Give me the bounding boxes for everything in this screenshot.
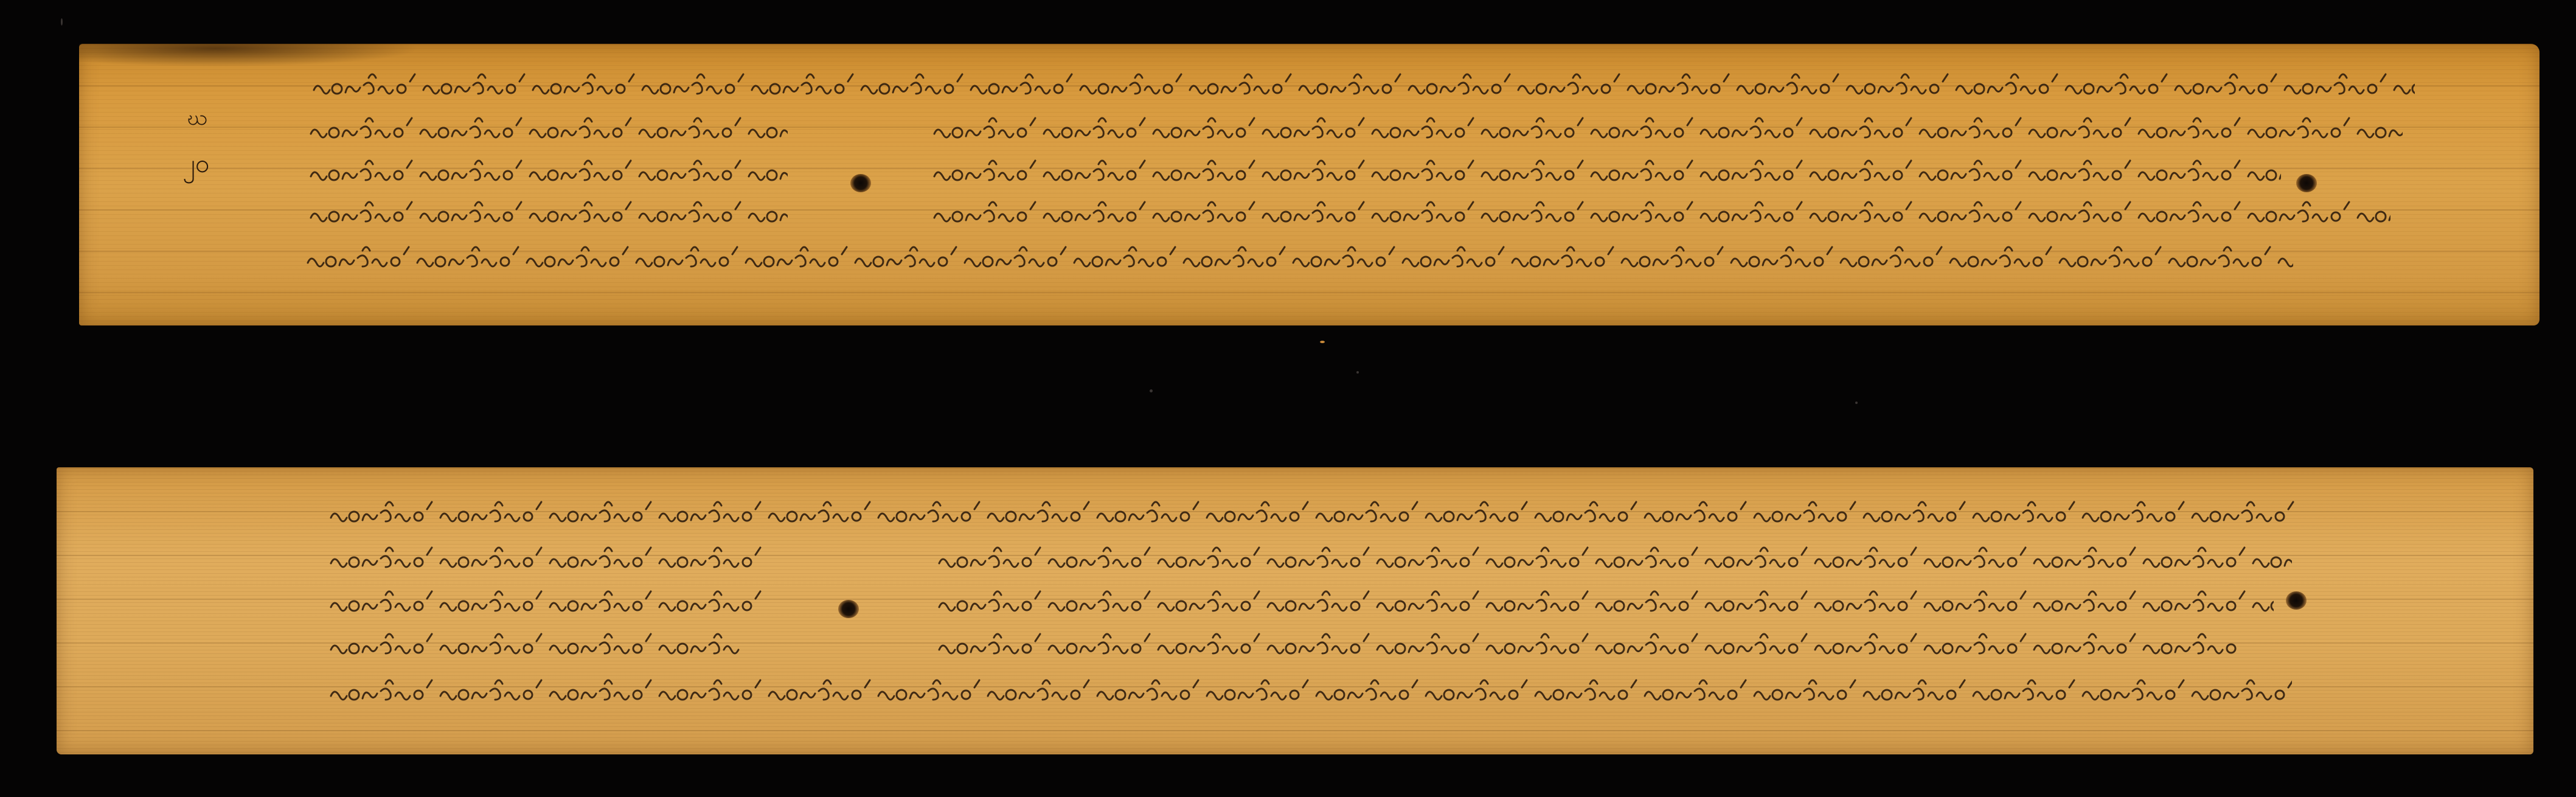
script-ink [931, 157, 2281, 184]
script-ink [310, 71, 2415, 97]
text-line [327, 584, 765, 618]
dust-speck [1356, 371, 1359, 374]
folio-number: ၂၀ [182, 150, 209, 177]
text-line [327, 495, 2298, 529]
dust-speck [61, 18, 63, 26]
palm-leaf-folio-bottom [57, 467, 2533, 754]
script-ink [936, 630, 2237, 657]
dust-speck [1855, 402, 1858, 404]
text-line [936, 584, 2274, 618]
text-line [307, 153, 788, 187]
binding-hole-left [850, 174, 871, 192]
script-ink [327, 588, 765, 614]
text-line [304, 240, 2293, 274]
text-line [931, 153, 2281, 187]
text-line [327, 627, 741, 661]
dust-speck [1320, 341, 1325, 343]
binding-hole-right [2286, 591, 2307, 610]
script-ink [931, 198, 2390, 225]
edge-stain [79, 44, 420, 67]
script-ink [936, 544, 2292, 571]
text-line [310, 67, 2415, 101]
script-ink [307, 157, 788, 184]
binding-hole-left [838, 600, 859, 618]
text-line [327, 673, 2292, 707]
text-line [931, 111, 2403, 145]
palm-leaf-folio-top: ဃ ၂၀ [79, 44, 2540, 325]
text-line [936, 540, 2292, 574]
script-ink [327, 544, 765, 571]
text-line [307, 195, 788, 229]
text-line [307, 111, 788, 145]
script-ink [307, 198, 788, 225]
text-line [936, 627, 2237, 661]
script-ink [304, 243, 2293, 270]
binding-hole-right [2296, 174, 2317, 192]
script-ink [931, 114, 2403, 141]
script-ink [327, 498, 2298, 525]
text-line [931, 195, 2390, 229]
script-ink [307, 114, 788, 141]
script-ink [327, 630, 741, 657]
leaf-signature: ဃ [187, 105, 207, 131]
dust-speck [1150, 389, 1153, 392]
text-line [327, 540, 765, 574]
script-ink [936, 588, 2274, 614]
script-ink [327, 677, 2292, 703]
